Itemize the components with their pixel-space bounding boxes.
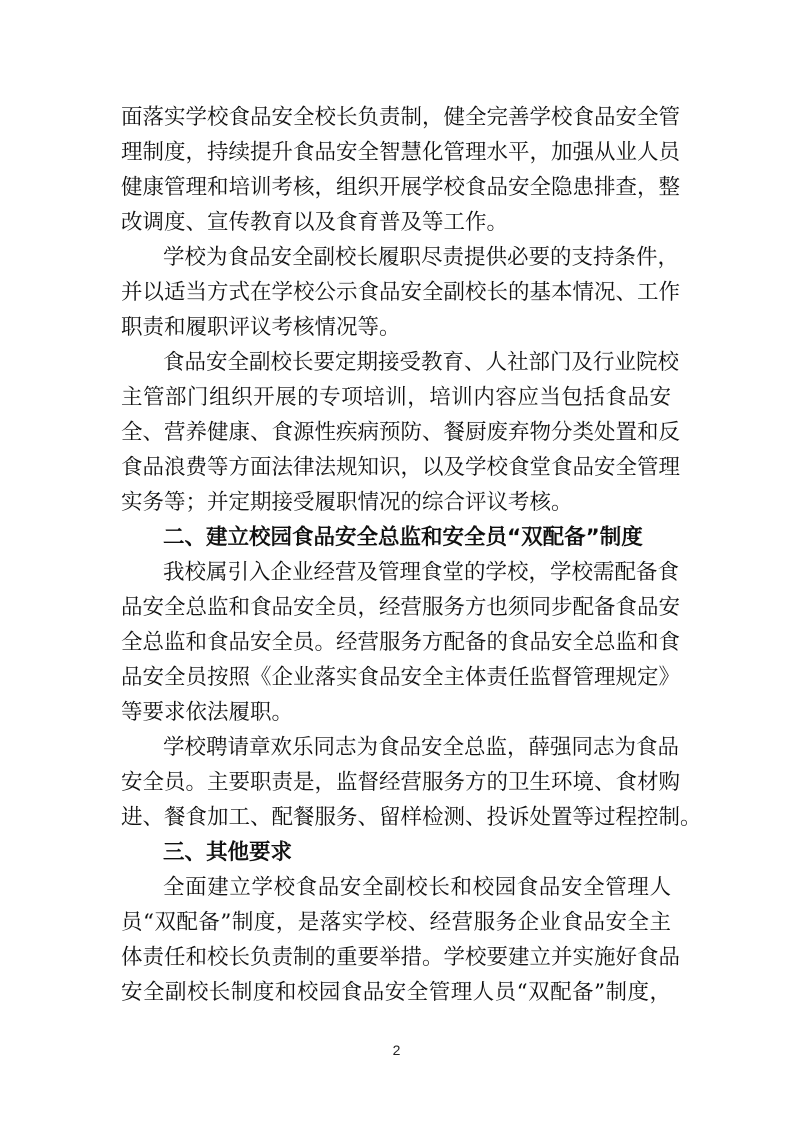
text-line: 职责和履职评议考核情况等。 — [121, 310, 671, 345]
text-line: 食品安全副校长要定期接受教育、人社部门及行业院校 — [121, 345, 671, 380]
text-line: 学校为食品安全副校长履职尽责提供必要的支持条件， — [121, 240, 671, 275]
document-page: 面落实学校食品安全校长负责制，健全完善学校食品安全管 理制度，持续提升食品安全智… — [121, 100, 671, 1010]
section-heading-2: 二、建立校园食品安全总监和安全员“双配备”制度 — [121, 520, 671, 555]
text-line: 品安全总监和食品安全员，经营服务方也须同步配备食品安 — [121, 590, 671, 625]
paragraph-other-requirements: 全面建立学校食品安全副校长和校园食品安全管理人 员“双配备”制度，是落实学校、经… — [121, 870, 671, 1010]
paragraph-appointments: 学校聘请章欢乐同志为食品安全总监，薛强同志为食品 安全员。主要职责是，监督经营服… — [121, 730, 671, 835]
text-line: 安全员。主要职责是，监督经营服务方的卫生环境、食材购 — [121, 765, 671, 800]
text-line: 我校属引入企业经营及管理食堂的学校，学校需配备食 — [121, 555, 671, 590]
text-line: 改调度、宣传教育以及食育普及等工作。 — [121, 205, 671, 240]
text-line: 员“双配备”制度，是落实学校、经营服务企业食品安全主 — [121, 905, 671, 940]
text-line: 学校聘请章欢乐同志为食品安全总监，薛强同志为食品 — [121, 730, 671, 765]
text-line: 理制度，持续提升食品安全智慧化管理水平，加强从业人员 — [121, 135, 671, 170]
text-line: 安全副校长制度和校园食品安全管理人员“双配备”制度， — [121, 975, 671, 1010]
paragraph-support-conditions: 学校为食品安全副校长履职尽责提供必要的支持条件， 并以适当方式在学校公示食品安全… — [121, 240, 671, 345]
text-line: 等要求依法履职。 — [121, 695, 671, 730]
paragraph-dual-staffing: 我校属引入企业经营及管理食堂的学校，学校需配备食 品安全总监和食品安全员，经营服… — [121, 555, 671, 730]
paragraph-training: 食品安全副校长要定期接受教育、人社部门及行业院校 主管部门组织开展的专项培训，培… — [121, 345, 671, 520]
section-heading-3: 三、其他要求 — [121, 835, 671, 870]
text-line: 品安全员按照《企业落实食品安全主体责任监督管理规定》 — [121, 660, 671, 695]
text-line: 进、餐食加工、配餐服务、留样检测、投诉处置等过程控制。 — [121, 800, 671, 835]
text-line: 面落实学校食品安全校长负责制，健全完善学校食品安全管 — [121, 100, 671, 135]
text-line: 并以适当方式在学校公示食品安全副校长的基本情况、工作 — [121, 275, 671, 310]
text-line: 全面建立学校食品安全副校长和校园食品安全管理人 — [121, 870, 671, 905]
text-line: 健康管理和培训考核，组织开展学校食品安全隐患排查，整 — [121, 170, 671, 205]
text-line: 体责任和校长负责制的重要举措。学校要建立并实施好食品 — [121, 940, 671, 975]
text-line: 全、营养健康、食源性疾病预防、餐厨废弃物分类处置和反 — [121, 415, 671, 450]
text-line: 实务等；并定期接受履职情况的综合评议考核。 — [121, 485, 671, 520]
page-number: 2 — [0, 1042, 793, 1058]
text-line: 食品浪费等方面法律法规知识，以及学校食堂食品安全管理 — [121, 450, 671, 485]
paragraph-continuation: 面落实学校食品安全校长负责制，健全完善学校食品安全管 理制度，持续提升食品安全智… — [121, 100, 671, 240]
text-line: 全总监和食品安全员。经营服务方配备的食品安全总监和食 — [121, 625, 671, 660]
text-line: 主管部门组织开展的专项培训，培训内容应当包括食品安 — [121, 380, 671, 415]
